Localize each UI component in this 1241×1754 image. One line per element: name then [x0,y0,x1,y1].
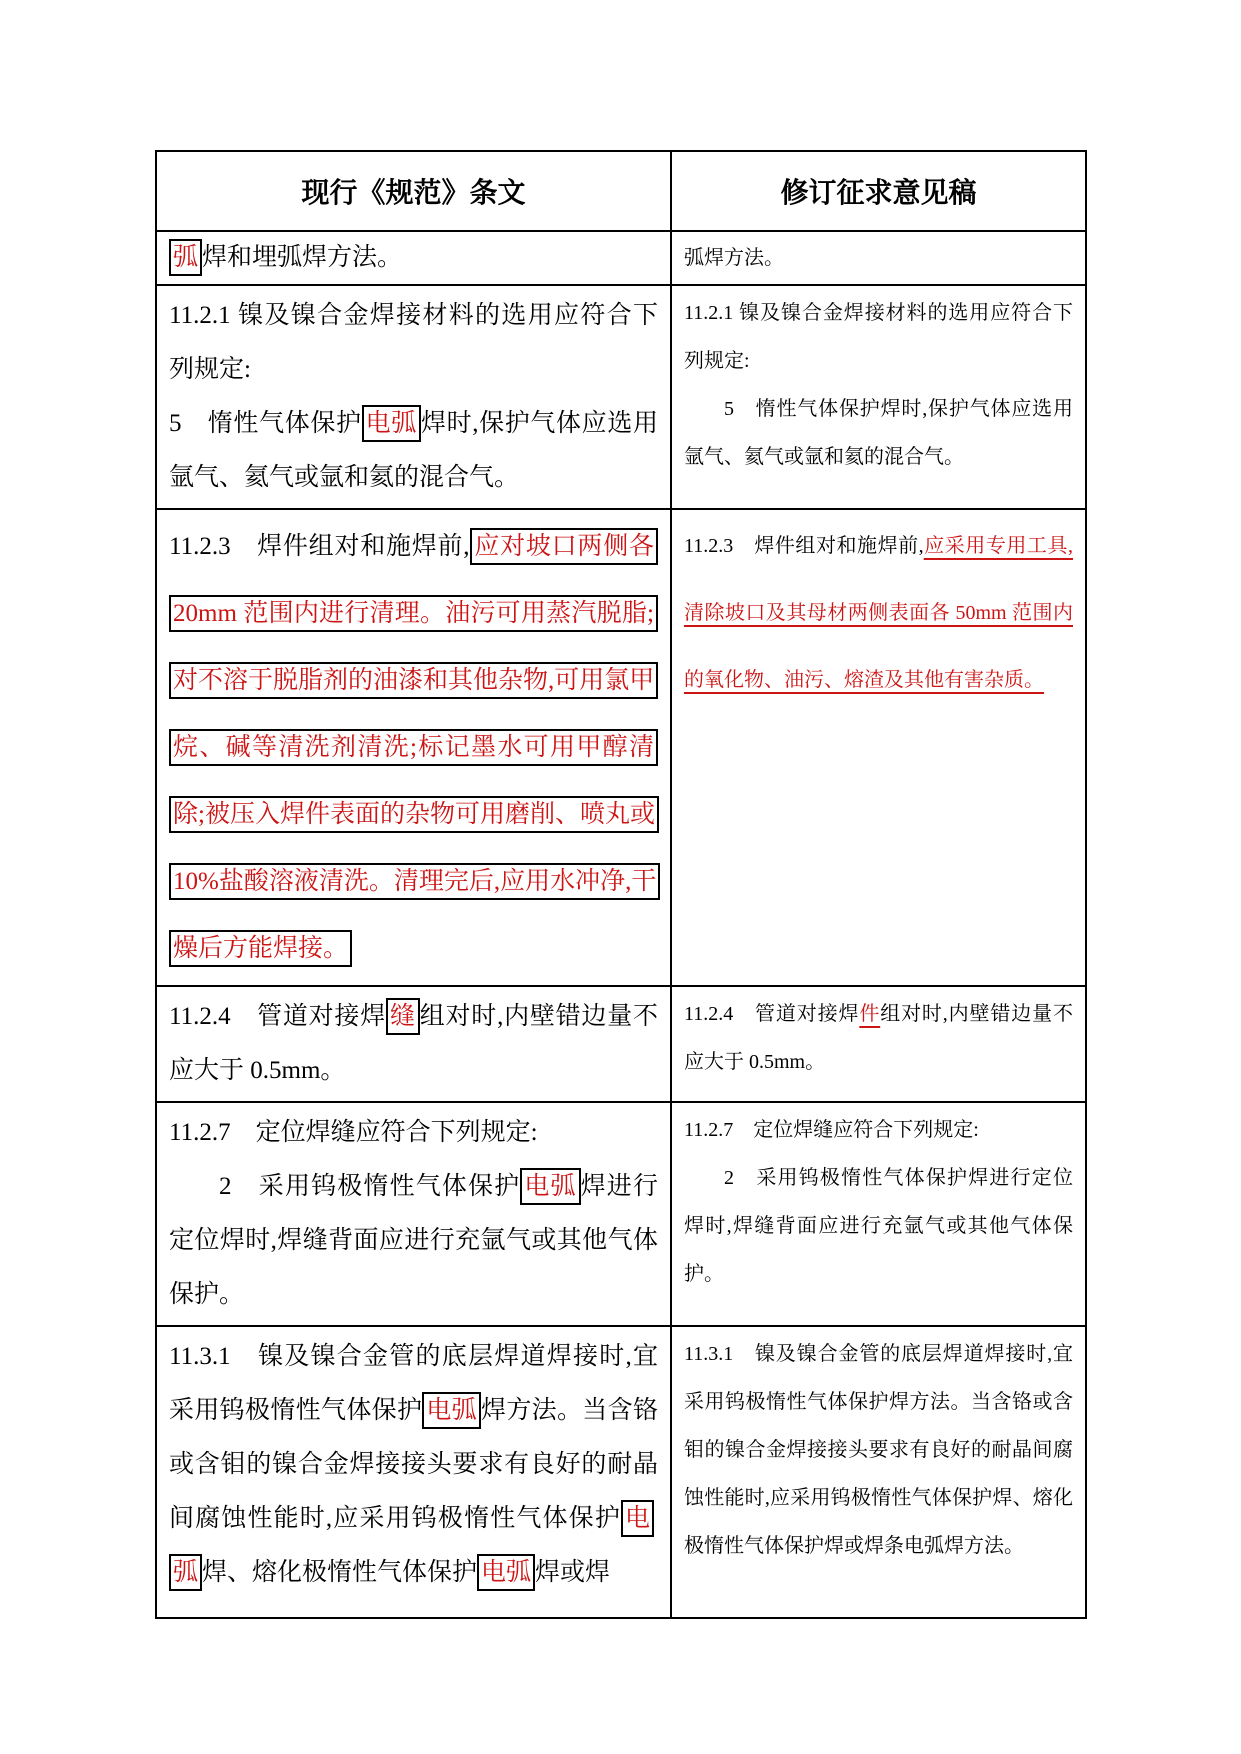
text-segment: 5 惰性气体保护焊时,保护气体应选用氩气、氦气或氩和氦的混合气。 [684,398,1073,468]
table-row: 11.2.7 定位焊缝应符合下列规定:2 采用钨极惰性气体保护电弧焊进行定位焊时… [156,1102,1086,1326]
text-segment: 11.2.4 管道对接焊 [169,1003,386,1030]
cell-right-row4: 11.2.4 管道对接焊件组对时,内壁错边量不应大于 0.5mm。 [671,986,1086,1102]
text-segment: 11.2.7 定位焊缝应符合下列规定: [169,1119,538,1146]
paragraph: 11.2.4 管道对接焊件组对时,内壁错边量不应大于 0.5mm。 [684,990,1073,1086]
paragraph: 弧焊方法。 [684,235,1073,281]
text-segment: 11.2.7 定位焊缝应符合下列规定: [684,1119,979,1141]
cell-left-row4: 11.2.4 管道对接焊缝组对时,内壁错边量不应大于 0.5mm。 [156,986,671,1102]
text-segment: 11.3.1 镍及镍合金管的底层焊道焊接时,宜采用钨极惰性气体保护焊方法。当含铬… [684,1343,1073,1557]
paragraph: 11.3.1 镍及镍合金管的底层焊道焊接时,宜采用钨极惰性气体保护电弧焊方法。当… [169,1330,658,1600]
paragraph: 11.2.7 定位焊缝应符合下列规定: [169,1106,658,1160]
cell-left-row1: 弧焊和埋弧焊方法。 [156,231,671,285]
table-row: 11.3.1 镍及镍合金管的底层焊道焊接时,宜采用钨极惰性气体保护电弧焊方法。当… [156,1326,1086,1618]
revision-boxed-text: 缝 [386,998,420,1035]
cell-right-row1: 弧焊方法。 [671,231,1086,285]
paragraph: 11.2.3 焊件组对和施焊前,应对坡口两侧各 20mm 范围内进行清理。油污可… [169,513,658,982]
revision-underlined-text: 应采用专用工具,清除坡口及其母材两侧表面各 50mm 范围内的氧化物、油污、熔渣… [684,535,1073,691]
revision-boxed-text: 电弧 [520,1168,580,1205]
header-current-spec: 现行《规范》条文 [156,151,671,231]
text-segment: 2 采用钨极惰性气体保护 [219,1173,520,1200]
table-row: 11.2.4 管道对接焊缝组对时,内壁错边量不应大于 0.5mm。11.2.4 … [156,986,1086,1102]
text-segment: 11.2.1 镍及镍合金焊接材料的选用应符合下列规定: [684,302,1073,372]
cell-right-row6: 11.3.1 镍及镍合金管的底层焊道焊接时,宜采用钨极惰性气体保护焊方法。当含铬… [671,1326,1086,1618]
revision-boxed-text: 应对坡口两侧各 20mm 范围内进行清理。油污可用蒸汽脱脂;对不溶于脱脂剂的油漆… [169,528,660,967]
revision-boxed-text: 电弧 [422,1392,481,1429]
revision-comparison-table: 现行《规范》条文 修订征求意见稿 弧焊和埋弧焊方法。弧焊方法。11.2.1 镍及… [155,150,1087,1619]
cell-left-row5: 11.2.7 定位焊缝应符合下列规定:2 采用钨极惰性气体保护电弧焊进行定位焊时… [156,1102,671,1326]
table-header-row: 现行《规范》条文 修订征求意见稿 [156,151,1086,231]
paragraph: 5 惰性气体保护电弧焊时,保护气体应选用氩气、氦气或氩和氦的混合气。 [169,397,658,505]
paragraph: 11.2.1 镍及镍合金焊接材料的选用应符合下列规定: [169,289,658,397]
paragraph: 弧焊和埋弧焊方法。 [169,235,658,281]
cell-right-row3: 11.2.3 焊件组对和施焊前,应采用专用工具,清除坡口及其母材两侧表面各 50… [671,509,1086,986]
revision-boxed-text: 电弧 [362,405,421,442]
revision-boxed-text: 电弧 [477,1554,535,1591]
paragraph: 11.3.1 镍及镍合金管的底层焊道焊接时,宜采用钨极惰性气体保护焊方法。当含铬… [684,1330,1073,1570]
text-segment: 5 惰性气体保护 [169,410,362,437]
text-segment: 11.2.3 焊件组对和施焊前, [169,533,470,560]
text-segment: 11.2.1 镍及镍合金焊接材料的选用应符合下列规定: [169,302,658,383]
cell-right-row2: 11.2.1 镍及镍合金焊接材料的选用应符合下列规定:5 惰性气体保护焊时,保护… [671,285,1086,509]
paragraph: 2 采用钨极惰性气体保护电弧焊进行定位焊时,焊缝背面应进行充氩气或其他气体保护。 [169,1160,658,1322]
table-row: 11.2.1 镍及镍合金焊接材料的选用应符合下列规定:5 惰性气体保护电弧焊时,… [156,285,1086,509]
paragraph: 5 惰性气体保护焊时,保护气体应选用氩气、氦气或氩和氦的混合气。 [684,385,1073,481]
cell-left-row2: 11.2.1 镍及镍合金焊接材料的选用应符合下列规定:5 惰性气体保护电弧焊时,… [156,285,671,509]
paragraph: 11.2.4 管道对接焊缝组对时,内壁错边量不应大于 0.5mm。 [169,990,658,1098]
header-revised-draft: 修订征求意见稿 [671,151,1086,231]
text-segment: 11.2.3 焊件组对和施焊前, [684,535,924,557]
paragraph: 11.2.7 定位焊缝应符合下列规定: [684,1106,1073,1154]
cell-right-row5: 11.2.7 定位焊缝应符合下列规定:2 采用钨极惰性气体保护焊进行定位焊时,焊… [671,1102,1086,1326]
document-page: { "colors": { "red": "#cc1414", "border"… [0,0,1241,1754]
text-segment: 11.2.4 管道对接焊 [684,1003,859,1025]
text-segment: 焊和埋弧焊方法。 [202,244,402,271]
cell-left-row6: 11.3.1 镍及镍合金管的底层焊道焊接时,宜采用钨极惰性气体保护电弧焊方法。当… [156,1326,671,1618]
table-body: 弧焊和埋弧焊方法。弧焊方法。11.2.1 镍及镍合金焊接材料的选用应符合下列规定… [156,231,1086,1618]
paragraph: 11.2.1 镍及镍合金焊接材料的选用应符合下列规定: [684,289,1073,385]
text-segment: 弧焊方法。 [684,247,784,269]
paragraph: 11.2.3 焊件组对和施焊前,应采用专用工具,清除坡口及其母材两侧表面各 50… [684,513,1073,714]
text-segment: 2 采用钨极惰性气体保护焊进行定位焊时,焊缝背面应进行充氩气或其他气体保护。 [684,1167,1073,1285]
cell-left-row3: 11.2.3 焊件组对和施焊前,应对坡口两侧各 20mm 范围内进行清理。油污可… [156,509,671,986]
text-segment: 焊或焊 [535,1559,610,1586]
text-segment: 焊、熔化极惰性气体保护 [202,1559,477,1586]
table-row: 弧焊和埋弧焊方法。弧焊方法。 [156,231,1086,285]
table-row: 11.2.3 焊件组对和施焊前,应对坡口两侧各 20mm 范围内进行清理。油污可… [156,509,1086,986]
revision-boxed-text: 弧 [169,239,202,276]
paragraph: 2 采用钨极惰性气体保护焊进行定位焊时,焊缝背面应进行充氩气或其他气体保护。 [684,1154,1073,1298]
revision-underlined-text: 件 [859,1003,880,1025]
